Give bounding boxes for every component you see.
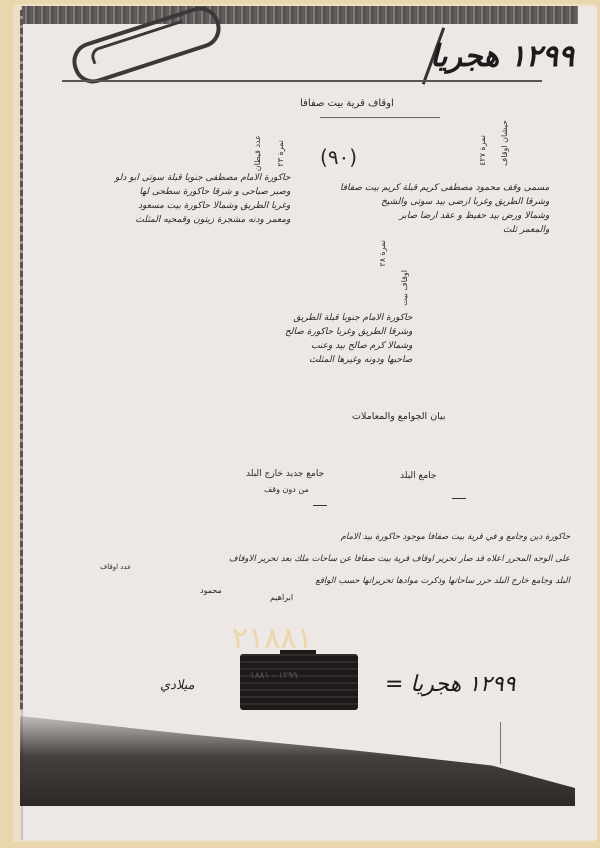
entry-number: (٩٠) xyxy=(320,142,357,173)
property-entry-b: حاكورة الامام مصطفى جنوبا قبلة سوتى ابو … xyxy=(115,172,290,228)
tick-mark xyxy=(500,722,501,764)
entry-line: والمعمر ثلث xyxy=(340,224,549,238)
entry-line: وغربا الطريق وشمالا حاكورة بيت مسعود xyxy=(115,200,290,214)
entry-line: حاكورة الامام مصطفى جنوبا قبلة سوتى ابو … xyxy=(115,172,290,186)
summary-line: حاكورة دين وجامع و في قرية بيت صفافا موج… xyxy=(60,526,570,548)
margin-label: اوقاف بيت xyxy=(400,270,409,306)
summary-line: على الوجه المحرر اعلاه قد صار تحرير اوقا… xyxy=(60,548,570,570)
column-label-new-mosque: جامع جديد خارج البلد xyxy=(246,468,324,482)
entry-line: مسمى وقف محمود مصطفى كريم قبلة كريم بيت … xyxy=(340,182,549,196)
signature: محمود xyxy=(200,585,222,597)
title-underline xyxy=(320,117,440,118)
margin-label: حيشان اوقاف xyxy=(500,120,509,166)
entry-line: ومعمر ودنه مشجرة زيتون وقمحيه المثلث xyxy=(115,214,290,228)
stamp-text: ١٢٩٩ - ١٨٨١ xyxy=(250,670,298,684)
photocopy-top-edge xyxy=(22,6,578,24)
calendar-label: ميلادي xyxy=(160,676,195,696)
property-entry-c: حاكورة الامام جنوبا قبلة الطريق وشرقا ال… xyxy=(285,312,412,368)
entry-line: صاحبها ودونه وغيرها المثلث xyxy=(285,354,412,368)
column-sublabel: من دون وقف xyxy=(264,484,309,496)
margin-label: نمرة ٤٢٧ xyxy=(478,135,487,166)
entry-line: وشرقا الطريق وغربا حاكورة صالح xyxy=(285,326,412,340)
section-heading: بيان الجوامع والمعاملات xyxy=(352,410,446,425)
entry-line: حاكورة الامام جنوبا قبلة الطريق xyxy=(285,312,412,326)
signature: ابراهيم xyxy=(270,592,293,604)
photocopy-left-edge xyxy=(20,10,23,710)
entry-line: وشمالا كرم صالح بيد وعنب xyxy=(285,340,412,354)
entry-line: وصبر صباحى و شرقا حاكورة سطحى لها xyxy=(115,186,290,200)
margin-label: نمرة ٢٨ xyxy=(378,240,387,267)
property-entry-a: مسمى وقف محمود مصطفى كريم قبلة كريم بيت … xyxy=(340,182,549,238)
margin-label: نمرة ٢٣ xyxy=(276,140,285,167)
column-mark xyxy=(313,505,327,506)
document-sheet xyxy=(21,6,597,840)
document-title: اوقاف قرية بيت صفافا xyxy=(300,96,394,112)
entry-line: وشمالا ورض بيد حفيظ و عقد ارضا صابر xyxy=(340,210,549,224)
entry-line: وشرقا الطريق وغربا ارضى بيد سوتى والشيخ xyxy=(340,196,549,210)
column-mark xyxy=(452,498,466,499)
top-date-number: ١٢٩٩ هجريا xyxy=(430,34,574,81)
column-label-village-mosque: جامع البلد xyxy=(400,470,436,484)
summary-line: البلد وجامع خارج البلد حرر ساحاتها وذكرت… xyxy=(60,570,570,592)
footer-date: ١٢٩٩ - ١٨٨١ xyxy=(400,768,453,784)
margin-label: عدد قيطان xyxy=(253,135,262,171)
summary-paragraph: حاكورة دين وجامع و في قرية بيت صفافا موج… xyxy=(60,526,570,592)
hijri-equivalent: ١٢٩٩ هجريا = xyxy=(385,668,515,702)
summary-note: عدد اوقاف xyxy=(100,562,131,573)
